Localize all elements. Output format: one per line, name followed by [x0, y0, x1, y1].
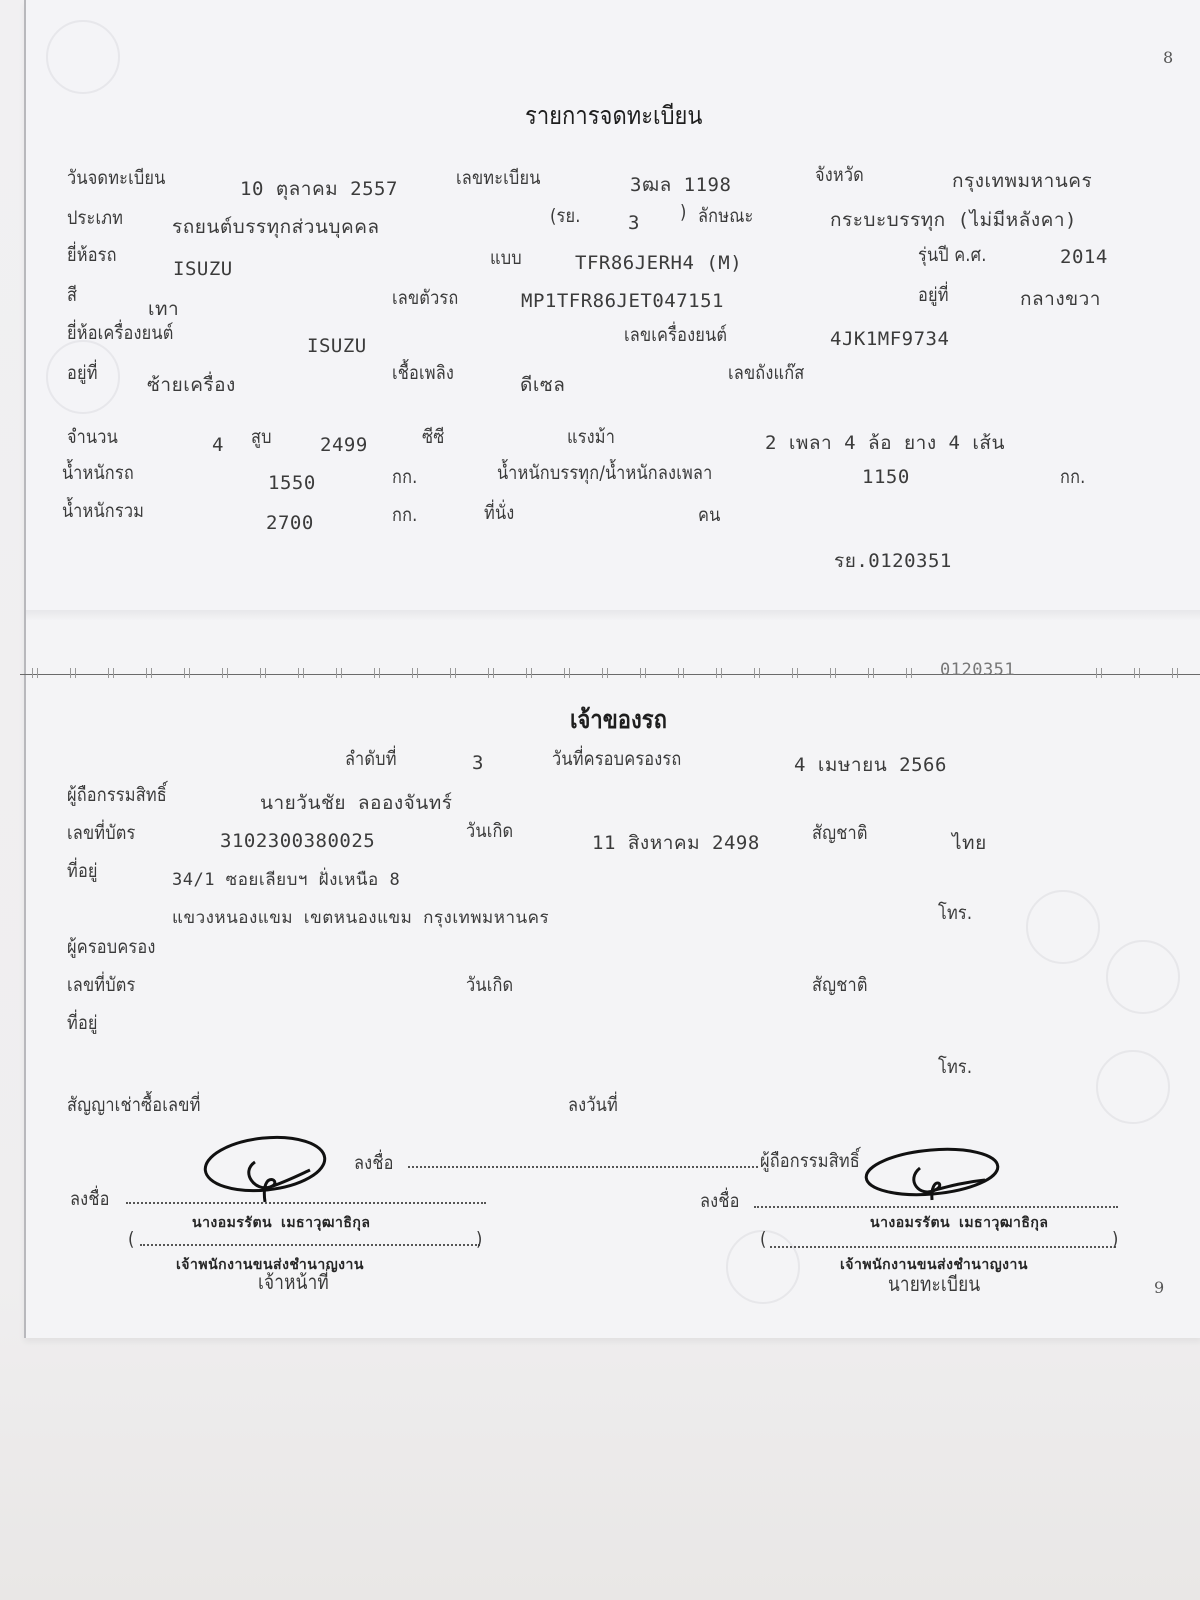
perforation-tick: [564, 668, 570, 678]
id-label: เลขที่บัตร: [67, 818, 136, 848]
hp-label: แรงม้า: [567, 422, 615, 452]
signature-right: [860, 1140, 1010, 1220]
perforation-line: [20, 674, 1200, 675]
watermark-seal: [46, 20, 120, 94]
perforation-tick: [754, 668, 760, 678]
fold-crease: [26, 610, 1200, 620]
possessor-birth-label: วันเกิด: [466, 970, 513, 1000]
style-value: กระบะบรรทุก (ไม่มีหลังคา): [830, 205, 1077, 235]
perforation-tick: [526, 668, 532, 678]
perforation-tick: [1096, 668, 1102, 678]
perforation-tick: [1172, 668, 1178, 678]
page-number-bottom: 9: [1154, 1278, 1164, 1297]
plate-label: เลขทะเบียน: [456, 163, 541, 193]
type-value: รถยนต์บรรทุกส่วนบุคคล: [172, 212, 380, 242]
engine-no-label: เลขเครื่องยนต์: [624, 320, 727, 350]
perforation-tick: [336, 668, 342, 678]
perforation-tick: [70, 668, 76, 678]
type-label: ประเภท: [67, 203, 123, 233]
gross-label: น้ำหนักรวม: [62, 496, 144, 526]
possessor-label: ผู้ครอบครอง: [67, 932, 156, 962]
perforation-tick: [108, 668, 114, 678]
address-line2: แขวงหนองแขม เขตหนองแขม กรุงเทพมหานคร: [172, 904, 549, 931]
hire-purchase-label: สัญญาเช่าซื้อเลขที่: [67, 1090, 201, 1120]
officer-name-line-left: [140, 1244, 480, 1246]
perforation-tick: [146, 668, 152, 678]
cylinders-unit: สูบ: [251, 422, 272, 452]
brand-value: ISUZU: [173, 258, 233, 280]
perforation-tick: [184, 668, 190, 678]
perforation-tick: [32, 668, 38, 678]
plate-value: 3ฒล 1198: [630, 170, 731, 200]
axles-value: 2 เพลา 4 ล้อ ยาง 4 เส้น: [765, 428, 1005, 458]
engine-brand-label: ยี่ห้อเครื่องยนต์: [67, 318, 173, 348]
address-label: ที่อยู่: [67, 856, 98, 886]
perforation-tick: [1134, 668, 1140, 678]
watermark-seal: [1096, 1050, 1170, 1124]
paren-close-right: ): [1112, 1228, 1119, 1250]
holder-label: ผู้ถือกรรมสิทธิ์: [67, 780, 167, 810]
seq-label: ลำดับที่: [345, 744, 397, 774]
weight-value: 1550: [268, 472, 316, 494]
chassis-location-value: กลางขวา: [1020, 284, 1101, 314]
paren-open-right: (: [760, 1228, 767, 1250]
nationality-label: สัญชาติ: [812, 818, 868, 848]
cylinders-value: 4: [212, 434, 224, 456]
seq-value: 3: [472, 752, 484, 774]
officer-name-line-right: [770, 1246, 1116, 1248]
color-label: สี: [67, 280, 77, 310]
chassis-location-label: อยู่ที่: [918, 280, 949, 310]
birth-value: 11 สิงหาคม 2498: [592, 828, 760, 858]
holder-sign-label: ลงชื่อ: [354, 1148, 394, 1178]
cc-value: 2499: [320, 434, 368, 456]
perforation-tick: [716, 668, 722, 678]
perforation-tick: [906, 668, 912, 678]
engine-no-value: 4JK1MF9734: [830, 328, 949, 350]
officer-role-left: เจ้าหน้าที่: [258, 1266, 329, 1298]
gas-tank-label: เลขถังแก๊ส: [728, 358, 804, 388]
engine-location-value: ซ้ายเครื่อง: [147, 370, 236, 400]
perforation-tick: [412, 668, 418, 678]
possessor-address-label: ที่อยู่: [67, 1008, 98, 1038]
reg-date-label: วันจดทะเบียน: [67, 163, 166, 193]
owner-title: เจ้าของรถ: [570, 700, 667, 740]
brand-label: ยี่ห้อรถ: [67, 240, 117, 270]
seats-unit: คน: [698, 500, 720, 530]
model-value: TFR86JERH4 (M): [575, 252, 742, 274]
possession-date-value: 4 เมษายน 2566: [794, 750, 947, 780]
payload-label: น้ำหนักบรรทุก/น้ำหนักลงเพลา: [497, 458, 712, 488]
address-line1: 34/1 ซอยเลียบฯ ฝั่งเหนือ 8: [172, 866, 400, 893]
holder-name: นายวันชัย ลอองจันทร์: [260, 788, 453, 818]
perforation-tick: [792, 668, 798, 678]
holder-sign-line: [408, 1166, 758, 1168]
model-label: แบบ: [490, 243, 522, 273]
style-label: ลักษณะ: [698, 201, 753, 231]
ry-open: (รย.: [550, 201, 581, 231]
perforation-tick: [374, 668, 380, 678]
cc-unit: ซีซี: [422, 422, 445, 452]
province-label: จังหวัด: [815, 160, 864, 190]
perforation-tick: [488, 668, 494, 678]
perforation-tick: [830, 668, 836, 678]
gross-value: 2700: [266, 512, 314, 534]
possessor-id-label: เลขที่บัตร: [67, 970, 136, 1000]
chassis-value: MP1TFR86JET047151: [521, 290, 724, 312]
sign-date-label: ลงวันที่: [568, 1090, 618, 1120]
perforation-tick: [640, 668, 646, 678]
signature-left: [200, 1132, 340, 1212]
weight-label: น้ำหนักรถ: [62, 458, 134, 488]
owner-phone-label: โทร.: [938, 898, 972, 928]
engine-brand-value: ISUZU: [307, 335, 367, 357]
possessor-nationality-label: สัญชาติ: [812, 970, 868, 1000]
perforation-tick: [298, 668, 304, 678]
perforation-tick: [868, 668, 874, 678]
model-year-label: รุ่นปี ค.ศ.: [918, 240, 987, 270]
holder-sign-suffix: ผู้ถือกรรมสิทธิ์: [760, 1146, 860, 1176]
perforation-code: 0120351: [940, 660, 1015, 680]
nationality-value: ไทย: [952, 828, 987, 858]
possessor-phone-label: โทร.: [938, 1052, 972, 1082]
chassis-label: เลขตัวรถ: [392, 283, 458, 313]
id-value: 3102300380025: [220, 830, 375, 852]
perforation-tick: [602, 668, 608, 678]
fuel-value: ดีเซล: [520, 370, 565, 400]
cylinders-label: จำนวน: [67, 422, 118, 452]
form-code: รย.0120351: [834, 546, 952, 576]
perforation-tick: [450, 668, 456, 678]
officer-sign-label-right: ลงชื่อ: [700, 1186, 740, 1216]
seats-label: ที่นั่ง: [484, 498, 514, 528]
watermark-seal: [1106, 940, 1180, 1014]
paren-close-left: ): [476, 1228, 483, 1250]
ry-number: 3: [628, 212, 640, 234]
perforation-tick: [260, 668, 266, 678]
watermark-seal: [1026, 890, 1100, 964]
payload-value: 1150: [862, 466, 910, 488]
paren-open-left: (: [128, 1228, 135, 1250]
perforation-tick: [222, 668, 228, 678]
registration-title: รายการจดทะเบียน: [525, 96, 702, 136]
ry-close: ): [680, 201, 687, 223]
payload-unit: กก.: [1060, 462, 1086, 492]
page-number-top: 8: [1163, 48, 1173, 67]
reg-date-value: 10 ตุลาคม 2557: [240, 174, 398, 204]
province-value: กรุงเทพมหานคร: [952, 166, 1092, 196]
officer-role-right: นายทะเบียน: [888, 1268, 980, 1300]
officer-name-left: นางอมรรัตน เมธาวุฒาธิกุล: [192, 1212, 370, 1234]
model-year-value: 2014: [1060, 246, 1108, 268]
weight-unit: กก.: [392, 462, 418, 492]
gross-unit: กก.: [392, 500, 418, 530]
birth-label: วันเกิด: [466, 816, 513, 846]
possession-date-label: วันที่ครอบครองรถ: [552, 744, 681, 774]
fuel-label: เชื้อเพลิง: [392, 358, 454, 388]
perforation-tick: [678, 668, 684, 678]
engine-location-label: อยู่ที่: [67, 358, 98, 388]
officer-sign-label-left: ลงชื่อ: [70, 1184, 110, 1214]
